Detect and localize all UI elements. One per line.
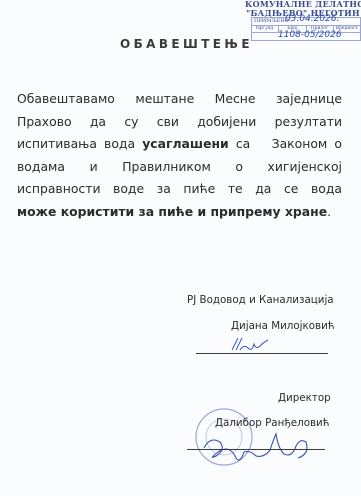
unit-name: РЈ Водовод и Канализација bbox=[187, 294, 334, 306]
paragraph-line: Прахово да су сви добијени резултати bbox=[17, 111, 342, 134]
document-title: ОБАВЕШТЕЊЕ bbox=[0, 37, 361, 51]
paragraph-emphasis: усаглашени bbox=[142, 136, 229, 151]
notice-paragraph: Обавештавамо мештане Месне заједнице Пра… bbox=[17, 88, 342, 223]
director-title: Директор bbox=[278, 392, 331, 404]
paragraph-text: испитивања вода bbox=[17, 136, 142, 151]
director-signature-scribble bbox=[200, 428, 320, 468]
registry-stamp: КОМУНАЛНЕ ДЕЛАТНОСТИ "БАДЊЕВО" НЕГОТИН П… bbox=[245, 0, 361, 40]
unit-signature-scribble bbox=[228, 334, 272, 354]
paragraph-line: може користити за пиће и припрему хране. bbox=[17, 201, 342, 224]
unit-signature-line bbox=[196, 353, 328, 354]
paragraph-text: са Законом о bbox=[229, 136, 342, 151]
unit-signatory-name: Дијана Милојковић bbox=[231, 320, 335, 332]
paragraph-text: . bbox=[327, 204, 331, 219]
stamp-received-date: 03.04.2026. bbox=[285, 14, 339, 24]
paragraph-line: испитивања вода усаглашени са Законом о bbox=[17, 133, 342, 156]
director-signature-line bbox=[187, 449, 325, 450]
paragraph-line: исправности воде за пиће те да се вода bbox=[17, 178, 342, 201]
paragraph-line: Обавештавамо мештане Месне заједнице bbox=[17, 88, 342, 111]
stamp-col-unit: Орг.јед. bbox=[252, 26, 279, 32]
paragraph-line: водама и Правилником о хигијенској bbox=[17, 156, 342, 179]
paragraph-emphasis: може користити за пиће и припрему хране bbox=[17, 204, 327, 219]
